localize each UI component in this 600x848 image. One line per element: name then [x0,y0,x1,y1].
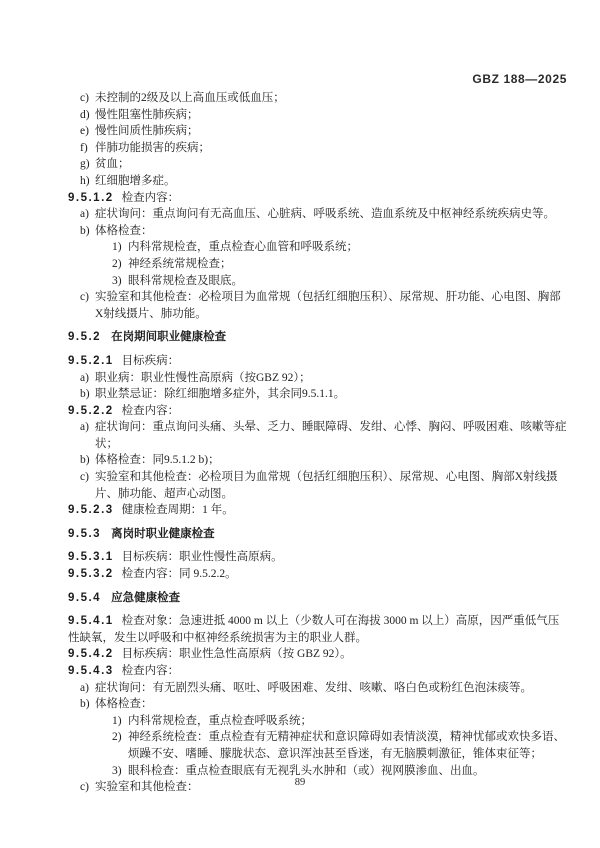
list-item: f)伴肺功能损害的疾病； [80,140,568,157]
item-text: 职业禁忌证：除红细胞增多症外，其余同9.5.1.1。 [95,386,568,403]
item-text: 内科常规检查，重点检查心血管和呼吸系统； [128,239,568,256]
sub-list-item: 1)内科常规检查，重点检查呼吸系统； [112,713,568,730]
list-item: e)慢性间质性肺疾病； [80,123,568,140]
item-marker: b) [80,386,95,403]
clause-text: 离岗时职业健康检查 [111,528,215,540]
sub-list-item: 2)神经系统常规检查； [112,256,568,273]
list-item: h)红细胞增多症。 [80,173,568,190]
clause-number: 9.5.2.1 [68,355,114,367]
item-text: 红细胞增多症。 [95,173,568,190]
list-item: a)症状询问：重点询问头痛、头晕、乏力、睡眠障碍、发绀、心悸、胸闷、呼吸困难、咳… [80,419,568,452]
item-marker: b) [80,223,95,240]
item-text: 慢性阻塞性肺疾病； [95,107,568,124]
clause-line: 9.5.3.2检查内容：同 9.5.2.2。 [68,566,568,583]
clause-text: 目标疾病： [122,355,180,367]
clause-text: 检查内容： [122,192,180,204]
item-text: 体格检查： [95,223,568,240]
item-text: 眼科常规检查及眼底。 [128,273,568,290]
sub-list-item: 3)眼科常规检查及眼底。 [112,273,568,290]
item-text: 职业病：职业性慢性高原病（按GBZ 92）； [95,370,568,387]
item-marker: 2) [112,729,128,762]
item-text: 实验室和其他检查：必检项目为血常规（包括红细胞压积）、尿常规、肝功能、心电图、胸… [95,289,568,322]
clause-line: 9.5.3.1目标疾病：职业性慢性高原病。 [68,549,568,566]
item-marker: 2) [112,256,128,273]
clause-text: 检查内容：同 9.5.2.2。 [122,568,237,580]
clause-number: 9.5.4.1 [68,615,114,627]
clause-text: 检查内容： [122,665,180,677]
section-heading: 9.5.4应急健康检查 [68,590,568,607]
clause-line: 9.5.4.3检查内容： [68,663,568,680]
clause-number: 9.5.4.3 [68,665,114,677]
clause-text: 检查对象：急速进抵 4000 m 以上（少数人可在海拔 3000 m 以上）高原… [68,615,559,644]
list-item: c)未控制的2级及以上高血压或低血压； [80,90,568,107]
item-text: 症状询问：重点询问头痛、头晕、乏力、睡眠障碍、发绀、心悸、胸闷、呼吸困难、咳嗽等… [95,419,568,452]
item-text: 伴肺功能损害的疾病； [95,140,568,157]
clause-number: 9.5.2.2 [68,405,114,417]
item-text: 神经系统检查：重点检查有无精神症状和意识障碍如表情淡漠，精神忧郁或欢快多语、烦躁… [128,729,568,762]
item-marker: 3) [112,273,128,290]
sub-list-item: 2)神经系统检查：重点检查有无精神症状和意识障碍如表情淡漠，精神忧郁或欢快多语、… [112,729,568,762]
standard-code: GBZ 188—2025 [472,72,567,86]
clause-number: 9.5.4.2 [68,648,114,660]
list-item: g)贫血； [80,156,568,173]
clause-line: 9.5.2.1目标疾病： [68,353,568,370]
clause-line: 9.5.4.1检查对象：急速进抵 4000 m 以上（少数人可在海拔 3000 … [68,613,568,646]
clause-number: 9.5.2.3 [68,504,114,516]
clause-number: 9.5.1.2 [68,192,114,204]
item-text: 体格检查：同9.5.1.2 b)； [95,452,568,469]
section-heading: 9.5.3离岗时职业健康检查 [68,526,568,543]
clause-text: 健康检查周期：1 年。 [122,504,234,516]
clause-number: 9.5.3.2 [68,568,114,580]
clause-text: 目标疾病：职业性急性高原病（按 GBZ 92）。 [122,648,352,660]
clause-line: 9.5.4.2目标疾病：职业性急性高原病（按 GBZ 92）。 [68,646,568,663]
document-page: GBZ 188—2025 c)未控制的2级及以上高血压或低血压；d)慢性阻塞性肺… [0,0,600,848]
document-body: c)未控制的2级及以上高血压或低血压；d)慢性阻塞性肺疾病；e)慢性间质性肺疾病… [68,90,568,796]
item-marker: 1) [112,239,128,256]
item-marker: c) [80,469,95,502]
item-marker: c) [80,90,95,107]
item-text: 神经系统常规检查； [128,256,568,273]
item-marker: d) [80,107,95,124]
item-marker: a) [80,680,95,697]
item-text: 症状询问：有无剧烈头痛、呕吐、呼吸困难、发绀、咳嗽、咯白色或粉红色泡沫痰等。 [95,680,568,697]
list-item: a)症状询问：有无剧烈头痛、呕吐、呼吸困难、发绀、咳嗽、咯白色或粉红色泡沫痰等。 [80,680,568,697]
item-marker: b) [80,696,95,713]
list-item: b)体格检查： [80,696,568,713]
sub-list-item: 1)内科常规检查，重点检查心血管和呼吸系统； [112,239,568,256]
list-item: c)实验室和其他检查：必检项目为血常规（包括红细胞压积）、尿常规、心电图、胸部X… [80,469,568,502]
clause-text: 应急健康检查 [111,592,180,604]
item-marker: c) [80,289,95,322]
section-heading: 9.5.2在岗期间职业健康检查 [68,329,568,346]
list-item: d)慢性阻塞性肺疾病； [80,107,568,124]
list-item: b)职业禁忌证：除红细胞增多症外，其余同9.5.1.1。 [80,386,568,403]
clause-text: 检查内容： [122,405,180,417]
item-marker: a) [80,206,95,223]
clause-line: 9.5.2.3健康检查周期：1 年。 [68,502,568,519]
item-text: 症状询问：重点询问有无高血压、心脏病、呼吸系统、造血系统及中枢神经系统疾病史等。 [95,206,568,223]
clause-number: 9.5.3 [68,528,101,540]
list-item: c)实验室和其他检查：必检项目为血常规（包括红细胞压积）、尿常规、肝功能、心电图… [80,289,568,322]
item-marker: e) [80,123,95,140]
clause-text: 目标疾病：职业性慢性高原病。 [122,551,283,563]
item-text: 慢性间质性肺疾病； [95,123,568,140]
item-text: 体格检查： [95,696,568,713]
page-number: 89 [0,777,600,788]
clause-line: 9.5.2.2检查内容： [68,403,568,420]
clause-text: 在岗期间职业健康检查 [111,331,226,343]
list-item: a)职业病：职业性慢性高原病（按GBZ 92）； [80,370,568,387]
item-text: 未控制的2级及以上高血压或低血压； [95,90,568,107]
item-marker: 1) [112,713,128,730]
item-text: 内科常规检查，重点检查呼吸系统； [128,713,568,730]
item-marker: b) [80,452,95,469]
clause-line: 9.5.1.2检查内容： [68,190,568,207]
clause-number: 9.5.3.1 [68,551,114,563]
item-marker: h) [80,173,95,190]
item-marker: a) [80,419,95,452]
list-item: b)体格检查： [80,223,568,240]
item-marker: f) [80,140,95,157]
item-text: 实验室和其他检查：必检项目为血常规（包括红细胞压积）、尿常规、心电图、胸部X射线… [95,469,568,502]
item-text: 贫血； [95,156,568,173]
list-item: b)体格检查：同9.5.1.2 b)； [80,452,568,469]
list-item: a)症状询问：重点询问有无高血压、心脏病、呼吸系统、造血系统及中枢神经系统疾病史… [80,206,568,223]
clause-number: 9.5.2 [68,331,101,343]
item-marker: g) [80,156,95,173]
item-marker: a) [80,370,95,387]
clause-number: 9.5.4 [68,592,101,604]
